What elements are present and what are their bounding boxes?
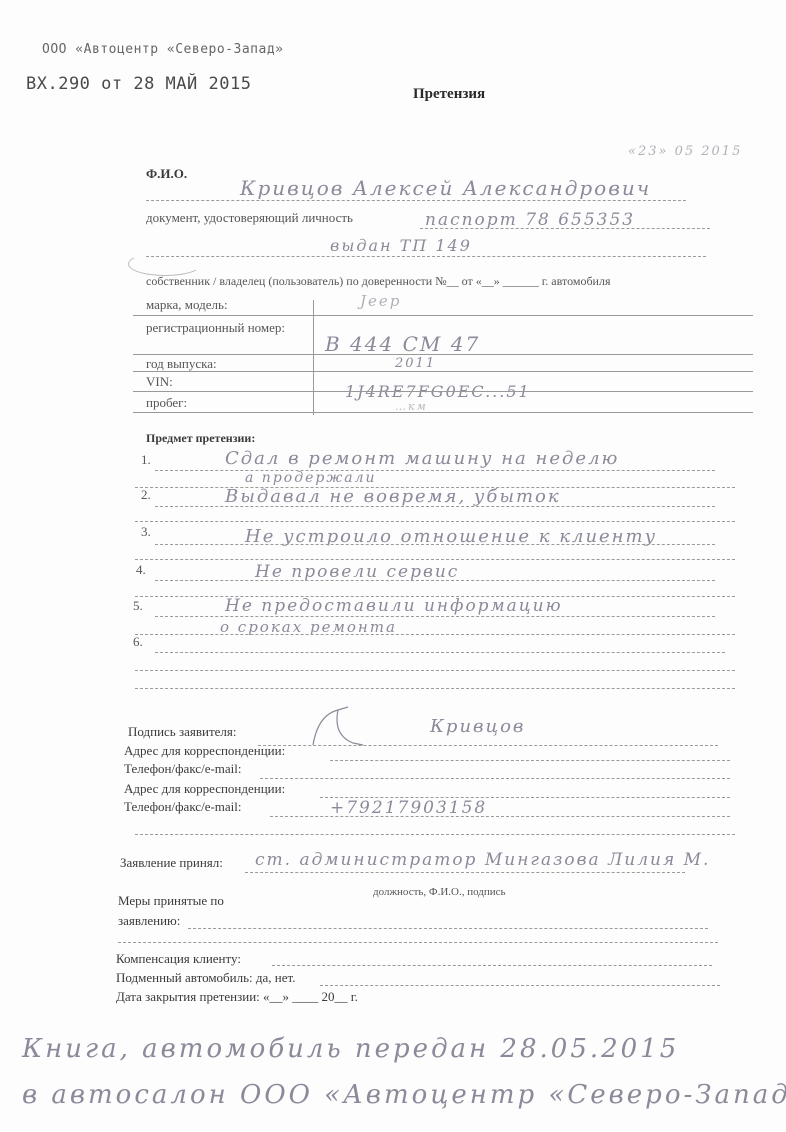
vehicle-label-year: год выпуска: xyxy=(146,356,217,372)
address-label-2: Адрес для корреспонденции: xyxy=(124,781,285,797)
claim-item-1-text[interactable]: Сдал в ремонт машину на неделю xyxy=(225,448,619,469)
claim-item-number: 6. xyxy=(133,634,143,650)
incoming-registration-stamp: ВХ.290 от 28 МАЙ 2015 xyxy=(26,74,251,94)
organization-stamp: ООО «Автоцентр «Северо-Запад» xyxy=(42,42,283,57)
phone-label-2: Телефон/факс/e-mail: xyxy=(124,799,242,815)
document-value-issued[interactable]: выдан ТП 149 xyxy=(330,236,472,255)
phone-value[interactable]: +79217903158 xyxy=(330,798,487,818)
claim-item-number: 5. xyxy=(133,598,143,614)
owner-circle-mark xyxy=(128,252,202,276)
claim-item-number: 1. xyxy=(141,452,151,468)
claim-item-1-text-cont[interactable]: а продержали xyxy=(245,470,377,486)
address-label: Адрес для корреспонденции: xyxy=(124,743,285,759)
claim-date: «23» 05 2015 xyxy=(628,144,742,159)
footnote-line-2: в автосалон ООО «Автоцентр «Северо-Запад… xyxy=(22,1080,786,1110)
document-title: Претензия xyxy=(413,86,485,103)
measures-label: Меры принятые по xyxy=(118,893,224,909)
vehicle-label-model: марка, модель: xyxy=(146,297,228,313)
measures-label-2: заявлению: xyxy=(118,913,180,929)
close-date-label: Дата закрытия претензии: «__» ____ 20__ … xyxy=(116,989,358,1005)
vehicle-label-reg: регистрационный номер: xyxy=(146,319,306,337)
accepted-by-caption: должность, Ф.И.О., подпись xyxy=(373,886,506,898)
phone-label: Телефон/факс/e-mail: xyxy=(124,761,242,777)
accepted-by-value[interactable]: ст. администратор Мингазова Лилия М. xyxy=(255,850,710,870)
document-label: документ, удостоверяющий личность xyxy=(146,210,353,226)
vehicle-label-vin: VIN: xyxy=(146,374,173,390)
owner-line: собственник / владелец (пользователь) по… xyxy=(146,274,610,289)
footnote-line-1: Книга, автомобиль передан 28.05.2015 xyxy=(22,1034,679,1064)
loaner-car-label: Подменный автомобиль: да, нет. xyxy=(116,970,295,986)
fio-value[interactable]: Кривцов Алексей Александрович xyxy=(240,176,651,200)
claim-item-5-text[interactable]: Не предоставили информацию xyxy=(225,596,563,616)
document-value[interactable]: паспорт 78 655353 xyxy=(425,210,635,230)
vehicle-value-year[interactable]: 2011 xyxy=(395,356,436,371)
signature-label: Подпись заявителя: xyxy=(128,724,237,740)
claim-item-number: 2. xyxy=(141,487,151,503)
claim-item-4-text[interactable]: Не провели сервис xyxy=(255,562,459,582)
signature-value[interactable]: Кривцов xyxy=(430,716,525,737)
claim-subject-label: Предмет претензии: xyxy=(146,431,255,446)
claim-item-number: 4. xyxy=(136,562,146,578)
vehicle-value-reg[interactable]: В 444 СМ 47 xyxy=(325,332,480,356)
fio-label: Ф.И.О. xyxy=(146,166,187,182)
claim-item-number: 3. xyxy=(141,524,151,540)
vehicle-label-mileage: пробег: xyxy=(146,395,187,411)
compensation-label: Компенсация клиенту: xyxy=(116,951,241,967)
vehicle-value-model[interactable]: Jeep xyxy=(360,292,401,310)
accepted-by-label: Заявление принял: xyxy=(120,855,223,871)
claim-item-2-text[interactable]: Выдавал не вовремя, убыток xyxy=(225,486,561,507)
signature-scribble-icon xyxy=(308,705,368,750)
